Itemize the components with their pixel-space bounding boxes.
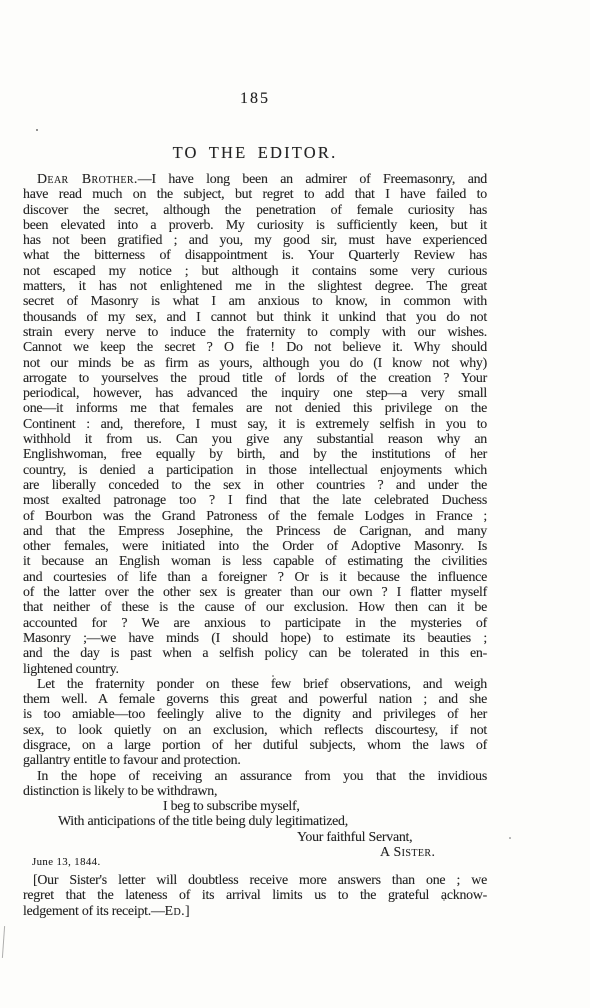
line-text: Cannot we keep the secret ? O fie ! Do n… bbox=[23, 340, 487, 355]
text-line: discover the secret, although the penetr… bbox=[23, 203, 487, 218]
text-line: I beg to subscribe myself, bbox=[23, 799, 487, 814]
line-text: and that the Empress Josephine, the Prin… bbox=[23, 524, 487, 539]
page-title: TO THE EDITOR. bbox=[23, 143, 487, 163]
line-text: regret that the lateness of its arrival … bbox=[23, 888, 487, 903]
line-text: In the hope of receiving an assurance fr… bbox=[37, 769, 487, 784]
text-line: arrogate to yourselves the proud title o… bbox=[23, 371, 487, 386]
text-line: other females, were initiated into the O… bbox=[23, 539, 487, 554]
text-line: has not been gratified ; and you, my goo… bbox=[23, 233, 487, 248]
line-text: lightened country. bbox=[23, 662, 119, 677]
text-line: them well. A female governs this great a… bbox=[23, 692, 487, 707]
text-line: are liberally conceded to the sex in oth… bbox=[23, 478, 487, 493]
text-line: that neither of these is the cause of ou… bbox=[23, 600, 487, 615]
line-text: —I have long been an admirer of Freemaso… bbox=[138, 172, 487, 187]
line-text: country, is denied a participation in th… bbox=[23, 463, 487, 478]
text-line: periodical, however, has advanced the in… bbox=[23, 386, 487, 401]
scan-speck bbox=[272, 675, 274, 677]
text-line: is too amiable—too feelingly alive to th… bbox=[23, 707, 487, 722]
line-text: Englishwoman, free equally by birth, and… bbox=[23, 447, 487, 462]
line-text: not escaped my notice ; but although it … bbox=[23, 264, 487, 279]
line-text: them well. A female governs this great a… bbox=[23, 692, 487, 707]
line-text: of the latter over the other sex is grea… bbox=[23, 585, 487, 600]
line-text: and courtesies of life than a foreigner … bbox=[23, 570, 487, 585]
text-line: been elevated into a proverb. My curiosi… bbox=[23, 218, 487, 233]
scan-speck bbox=[443, 899, 445, 901]
line-text: Continent : and, therefore, I must say, … bbox=[23, 417, 487, 432]
scan-speck bbox=[36, 129, 38, 131]
page-number: 185 bbox=[23, 90, 487, 108]
line-text: most exalted patronage too ? I find that… bbox=[23, 493, 487, 508]
line-text: thousands of my sex, and I cannot but th… bbox=[23, 310, 487, 325]
text-line: country, is denied a participation in th… bbox=[23, 463, 487, 478]
line-text: other females, were initiated into the O… bbox=[23, 539, 487, 554]
line-text: one—it informs me that females are not d… bbox=[23, 401, 487, 416]
line-text: discover the secret, although the penetr… bbox=[23, 203, 487, 218]
text-line: In the hope of receiving an assurance fr… bbox=[23, 769, 487, 784]
text-line: it because an English woman is less capa… bbox=[23, 554, 487, 569]
line-text: withhold it from us. Can you give any su… bbox=[23, 432, 487, 447]
small-caps-text: Ed. bbox=[165, 904, 185, 919]
line-text: what the bitterness of disappointment is… bbox=[23, 248, 487, 263]
text-line: of the latter over the other sex is grea… bbox=[23, 585, 487, 600]
text-line: have read much on the subject, but regre… bbox=[23, 187, 487, 202]
line-text: strain every nerve to induce the fratern… bbox=[23, 325, 487, 340]
line-text: ledgement of its receipt.— bbox=[23, 904, 165, 919]
text-line: most exalted patronage too ? I find that… bbox=[23, 493, 487, 508]
small-caps-text: A Sister. bbox=[380, 845, 435, 860]
text-line: Englishwoman, free equally by birth, and… bbox=[23, 447, 487, 462]
line-text: it because an English woman is less capa… bbox=[23, 554, 487, 569]
text-line: [Our Sister's letter will doubtless rece… bbox=[23, 873, 487, 888]
scan-speck bbox=[509, 837, 511, 839]
text-line: not our minds be as firm as yours, altho… bbox=[23, 356, 487, 371]
text-line: distinction is likely to be withdrawn, bbox=[23, 784, 487, 799]
scanned-document-page: 185 TO THE EDITOR. Dear Brother.—I have … bbox=[0, 0, 590, 1008]
line-text: With anticipations of the title being du… bbox=[58, 814, 348, 829]
text-line: and the day is past when a selfish polic… bbox=[23, 646, 487, 661]
letter-date: June 13, 1844. bbox=[32, 856, 101, 868]
line-text: sex, to look quietly on an exclusion, wh… bbox=[23, 723, 487, 738]
line-text: Let the fraternity ponder on these few b… bbox=[37, 677, 487, 692]
line-text: I beg to subscribe myself, bbox=[163, 799, 300, 814]
text-line: regret that the lateness of its arrival … bbox=[23, 888, 487, 903]
text-line: Your faithful Servant, bbox=[23, 830, 487, 845]
text-line: Let the fraternity ponder on these few b… bbox=[23, 677, 487, 692]
scan-edge-artifact bbox=[2, 926, 5, 958]
line-text: is too amiable—too feelingly alive to th… bbox=[23, 707, 487, 722]
text-line: gallantry entitle to favour and protecti… bbox=[23, 753, 487, 768]
text-line: one—it informs me that females are not d… bbox=[23, 401, 487, 416]
line-text: secret of Masonry is what I am anxious t… bbox=[23, 294, 487, 309]
line-text: not our minds be as firm as yours, altho… bbox=[23, 356, 487, 371]
text-line: Cannot we keep the secret ? O fie ! Do n… bbox=[23, 340, 487, 355]
text-line: lightened country. bbox=[23, 662, 487, 677]
text-line: secret of Masonry is what I am anxious t… bbox=[23, 294, 487, 309]
text-line: accounted for ? We are anxious to partic… bbox=[23, 616, 487, 631]
text-line: Dear Brother.—I have long been an admire… bbox=[23, 172, 487, 187]
text-line: thousands of my sex, and I cannot but th… bbox=[23, 310, 487, 325]
text-line: With anticipations of the title being du… bbox=[23, 814, 487, 829]
line-text: and the day is past when a selfish polic… bbox=[23, 646, 487, 661]
text-line: of Bourbon was the Grand Patroness of th… bbox=[23, 509, 487, 524]
line-text: have read much on the subject, but regre… bbox=[23, 187, 487, 202]
line-text: disgrace, on a large portion of her duti… bbox=[23, 738, 487, 753]
letter-body: Dear Brother.—I have long been an admire… bbox=[23, 172, 487, 860]
line-text: accounted for ? We are anxious to partic… bbox=[23, 616, 487, 631]
text-line: Masonry ;—we have minds (I should hope) … bbox=[23, 631, 487, 646]
line-text: Masonry ;—we have minds (I should hope) … bbox=[23, 631, 487, 646]
line-text: Your faithful Servant, bbox=[297, 830, 412, 845]
text-line: matters, it has not enlightened me in th… bbox=[23, 279, 487, 294]
small-caps-text: Dear Brother. bbox=[37, 172, 138, 187]
line-text: distinction is likely to be withdrawn, bbox=[23, 784, 217, 799]
text-line: what the bitterness of disappointment is… bbox=[23, 248, 487, 263]
line-text: are liberally conceded to the sex in oth… bbox=[23, 478, 487, 493]
line-text: ] bbox=[185, 904, 189, 919]
text-line: and courtesies of life than a foreigner … bbox=[23, 570, 487, 585]
line-text: has not been gratified ; and you, my goo… bbox=[23, 233, 487, 248]
editor-note: [Our Sister's letter will doubtless rece… bbox=[23, 873, 487, 919]
text-line: sex, to look quietly on an exclusion, wh… bbox=[23, 723, 487, 738]
line-text: of Bourbon was the Grand Patroness of th… bbox=[23, 509, 487, 524]
line-text: been elevated into a proverb. My curiosi… bbox=[23, 218, 487, 233]
line-text: gallantry entitle to favour and protecti… bbox=[23, 753, 241, 768]
text-line: strain every nerve to induce the fratern… bbox=[23, 325, 487, 340]
line-text: [Our Sister's letter will doubtless rece… bbox=[33, 873, 487, 888]
line-text: that neither of these is the cause of ou… bbox=[23, 600, 487, 615]
text-line: and that the Empress Josephine, the Prin… bbox=[23, 524, 487, 539]
text-line: ledgement of its receipt.—Ed.] bbox=[23, 904, 487, 919]
text-line: not escaped my notice ; but although it … bbox=[23, 264, 487, 279]
text-line: Continent : and, therefore, I must say, … bbox=[23, 417, 487, 432]
text-line: withhold it from us. Can you give any su… bbox=[23, 432, 487, 447]
text-line: disgrace, on a large portion of her duti… bbox=[23, 738, 487, 753]
line-text: periodical, however, has advanced the in… bbox=[23, 386, 487, 401]
line-text: arrogate to yourselves the proud title o… bbox=[23, 371, 487, 386]
line-text: matters, it has not enlightened me in th… bbox=[23, 279, 487, 294]
